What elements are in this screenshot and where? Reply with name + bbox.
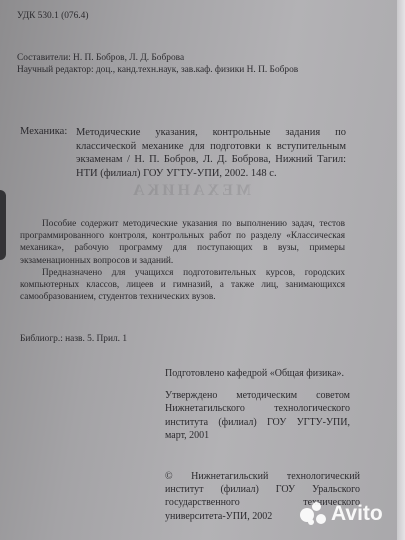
prepared-by: Подготовлено кафедрой «Общая физика». — [165, 367, 350, 380]
references-line: Библиогр.: назв. 5. Прил. 1 — [20, 333, 127, 345]
abstract-paragraph-2: Предназначено для учащихся подготовитель… — [20, 267, 345, 304]
avito-logo-icon — [300, 502, 328, 526]
avito-label: Avito — [331, 502, 383, 526]
bibliography-label: Механика: — [20, 126, 67, 138]
abstract: Пособие содержит методические указания п… — [20, 218, 345, 303]
udk-code: УДК 530.1 (076.4) — [17, 10, 88, 22]
editor-line: Научный редактор: доц., канд.техн.наук, … — [17, 64, 298, 76]
approved-by: Утверждено методическим советом Нижнетаг… — [165, 389, 350, 442]
approval-block: Подготовлено кафедрой «Общая физика». Ут… — [165, 367, 350, 451]
authors-line: Составители: Н. П. Бобров, Л. Д. Боброва — [17, 52, 184, 64]
avito-watermark: Avito — [300, 502, 383, 526]
abstract-paragraph-1: Пособие содержит методические указания п… — [20, 218, 345, 267]
page-shadow — [0, 190, 6, 260]
bleed-through-text: МЕХАНИКА — [130, 182, 251, 200]
page-edge — [397, 0, 405, 540]
bibliography-description: Методические указания, контрольные задан… — [76, 126, 346, 180]
